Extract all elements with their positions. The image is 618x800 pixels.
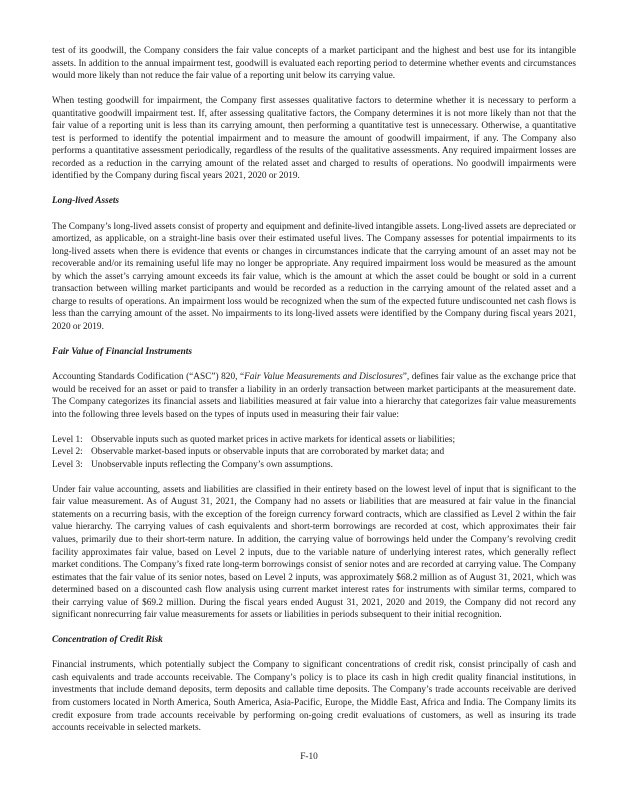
long-lived-assets-paragraph: The Company’s long-lived assets consist … [52, 221, 576, 334]
fair-value-body-paragraph: Under fair value accounting, assets and … [52, 484, 576, 622]
fair-value-intro-paragraph: Accounting Standards Codification (“ASC”… [52, 371, 576, 421]
level-3-item: Level 3: Unobservable inputs reflecting … [52, 459, 576, 472]
level-description: Observable inputs such as quoted market … [91, 434, 455, 447]
fair-value-hierarchy-list: Level 1: Observable inputs such as quote… [52, 434, 576, 472]
level-label: Level 1: [52, 434, 91, 447]
level-1-item: Level 1: Observable inputs such as quote… [52, 434, 576, 447]
long-lived-assets-heading: Long-lived Assets [52, 195, 576, 208]
level-description: Observable market-based inputs or observ… [91, 446, 444, 459]
fair-value-intro-prefix: Accounting Standards Codification (“ASC”… [52, 372, 244, 382]
level-label: Level 3: [52, 459, 91, 472]
goodwill-testing-paragraph: When testing goodwill for impairment, th… [52, 95, 576, 183]
credit-risk-paragraph: Financial instruments, which potentially… [52, 659, 576, 734]
level-2-item: Level 2: Observable market-based inputs … [52, 446, 576, 459]
document-page: test of its goodwill, the Company consid… [52, 45, 576, 747]
goodwill-continued-paragraph: test of its goodwill, the Company consid… [52, 45, 576, 83]
page-number: F-10 [0, 752, 618, 762]
level-description: Unobservable inputs reflecting the Compa… [91, 459, 333, 472]
asc-820-title: Fair Value Measurements and Disclosures [244, 372, 403, 382]
fair-value-heading: Fair Value of Financial Instruments [52, 346, 576, 359]
credit-risk-heading: Concentration of Credit Risk [52, 634, 576, 647]
level-label: Level 2: [52, 446, 91, 459]
